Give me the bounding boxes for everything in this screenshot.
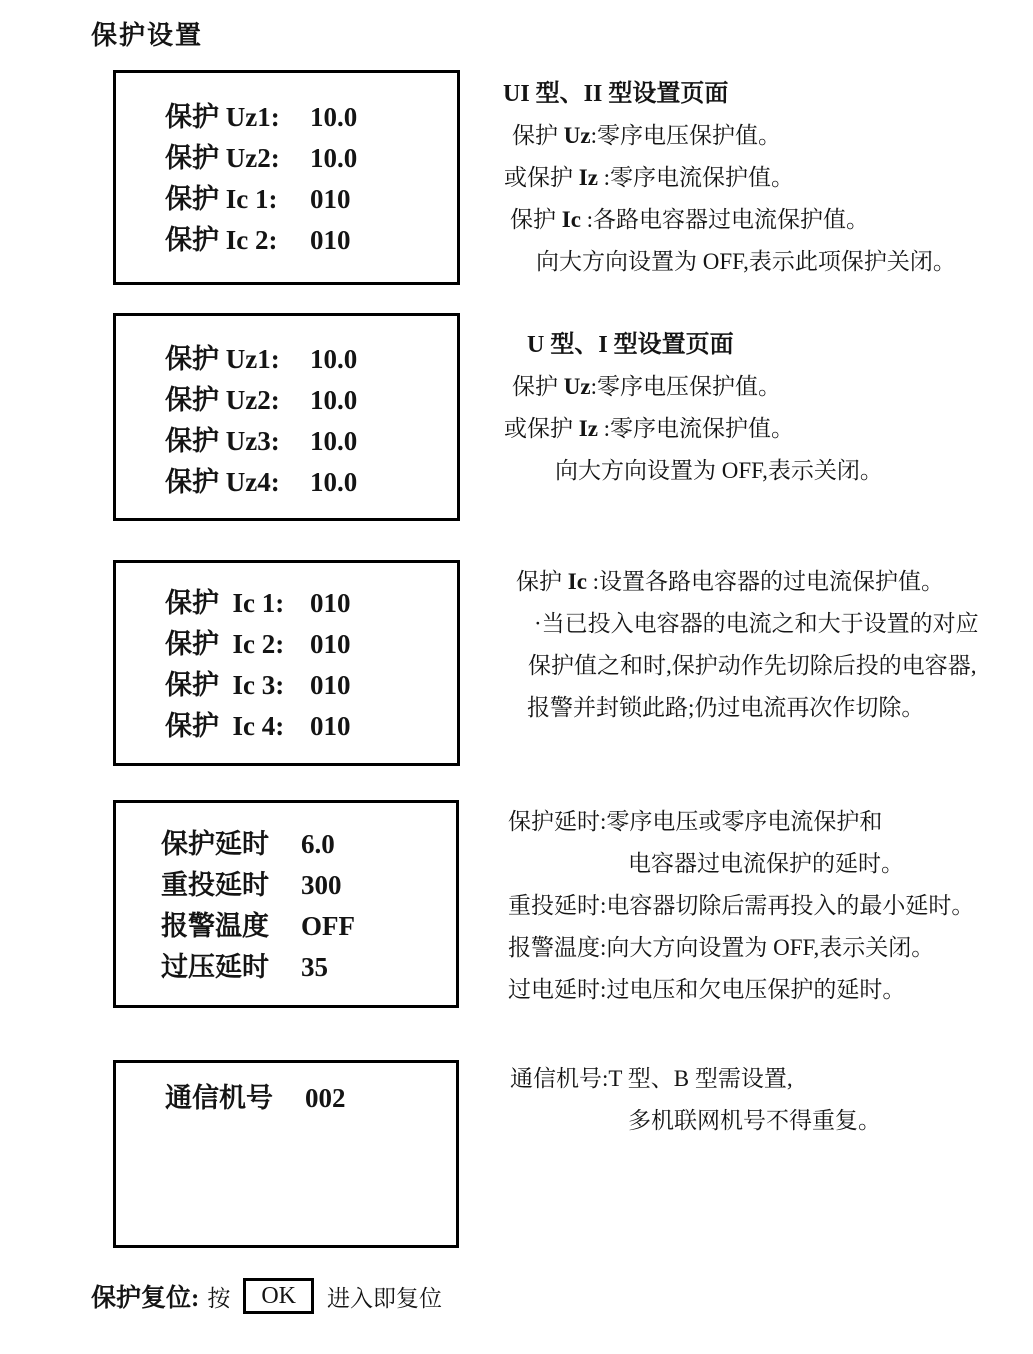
screen-row-label: 保护 Ic 1: bbox=[165, 179, 310, 220]
screen-row: 保护 Uz3:10.0 bbox=[165, 421, 457, 462]
notes-line: 报警温度:向大方向设置为 OFF,表示关闭。 bbox=[498, 927, 974, 969]
text-segment: 多机联网机号不得重复。 bbox=[628, 1108, 881, 1133]
text-segment: 重投延时:电容器切除后需再投入的最小延时。 bbox=[508, 893, 974, 918]
text-segment: Iz bbox=[579, 416, 598, 441]
screen-row-value: 10.0 bbox=[310, 385, 357, 415]
screen-row-label: 保护 Uz2: bbox=[165, 138, 310, 179]
notes-line: 重投延时:电容器切除后需再投入的最小延时。 bbox=[498, 885, 974, 927]
screen-row: 报警温度OFF bbox=[161, 906, 456, 947]
text-segment: Uz bbox=[564, 374, 591, 399]
screen-row-label: 保护 Uz4: bbox=[165, 462, 310, 503]
notes-line: 或保护 Iz :零序电流保护值。 bbox=[498, 408, 883, 450]
notes-line: 报警并封锁此路;仍过电流再次作切除。 bbox=[498, 687, 979, 729]
notes-line: ·当已投入电容器的电流之和大于设置的对应 bbox=[498, 603, 979, 645]
notes-line: 保护 Ic :各路电容器过电流保护值。 bbox=[498, 199, 956, 241]
screen-row-label: 保护 Ic 4: bbox=[165, 706, 310, 747]
notes-line: 向大方向设置为 OFF,表示关闭。 bbox=[498, 450, 883, 492]
notes-line: 保护 Uz:零序电压保护值。 bbox=[498, 366, 883, 408]
screen-row-value: 10.0 bbox=[310, 467, 357, 497]
text-segment: 报警并封锁此路;仍过电流再次作切除。 bbox=[527, 695, 924, 720]
notes-comm-id: 通信机号:T 型、B 型需设置,多机联网机号不得重复。 bbox=[498, 1058, 881, 1142]
text-segment: Uz bbox=[564, 123, 591, 148]
notes-ui-ii: UI 型、II 型设置页面保护 Uz:零序电压保护值。或保护 Iz :零序电流保… bbox=[498, 73, 956, 283]
text-segment: 保护值之和时,保护动作先切除后投的电容器, bbox=[528, 653, 977, 678]
screen-row-value: OFF bbox=[301, 911, 355, 941]
notes-u-i: U 型、I 型设置页面保护 Uz:零序电压保护值。或保护 Iz :零序电流保护值… bbox=[498, 324, 883, 492]
notes-line: 向大方向设置为 OFF,表示此项保护关闭。 bbox=[498, 241, 956, 283]
screen-row: 保护 Ic 1:010 bbox=[165, 179, 457, 220]
text-segment: 报警温度:向大方向设置为 OFF,表示关闭。 bbox=[508, 935, 934, 960]
text-segment: Iz bbox=[579, 165, 598, 190]
protection-reset-label: 保护复位: bbox=[91, 1278, 199, 1314]
press-text: 按 bbox=[207, 1280, 230, 1313]
screen-row: 保护 Uz4:10.0 bbox=[165, 462, 457, 503]
screen-row-value: 010 bbox=[310, 184, 351, 214]
text-segment: :零序电压保护值。 bbox=[591, 123, 781, 148]
text-segment: :零序电流保护值。 bbox=[598, 165, 794, 190]
screen-row: 保护 Uz2:10.0 bbox=[165, 380, 457, 421]
text-segment: UI 型、II 型设置页面 bbox=[503, 81, 728, 107]
screen-row-value: 010 bbox=[310, 225, 351, 255]
notes-line: 过电延时:过电压和欠电压保护的延时。 bbox=[498, 969, 974, 1011]
lcd-screen-comm-id: 通信机号002 bbox=[113, 1060, 459, 1248]
text-segment: :零序电压保护值。 bbox=[591, 374, 781, 399]
text-segment: 保护 bbox=[512, 374, 564, 399]
text-segment: 保护 bbox=[516, 569, 568, 594]
notes-line: 保护 Ic :设置各路电容器的过电流保护值。 bbox=[498, 561, 979, 603]
notes-heading: UI 型、II 型设置页面 bbox=[498, 73, 956, 115]
text-segment: 或保护 bbox=[504, 416, 579, 441]
lcd-screen-delays: 保护延时6.0重投延时300报警温度OFF过压延时35 bbox=[113, 800, 459, 1008]
notes-line: 保护延时:零序电压或零序电流保护和 bbox=[498, 801, 974, 843]
screen-row-label: 报警温度 bbox=[161, 906, 301, 947]
screen-row-label: 保护 Ic 2: bbox=[165, 220, 310, 261]
screen-row: 保护 Uz1:10.0 bbox=[165, 97, 457, 138]
screen-row-value: 010 bbox=[310, 711, 351, 741]
screen-row-value: 10.0 bbox=[310, 426, 357, 456]
screen-row-value: 35 bbox=[301, 952, 328, 982]
notes-line: 通信机号:T 型、B 型需设置, bbox=[498, 1058, 881, 1100]
screen-row: 通信机号002 bbox=[165, 1078, 456, 1119]
text-segment: 或保护 bbox=[504, 165, 579, 190]
screen-row-label: 通信机号 bbox=[165, 1078, 305, 1119]
text-segment: ·当已投入电容器的电流之和大于设置的对应 bbox=[534, 611, 979, 636]
screen-row-label: 过压延时 bbox=[161, 947, 301, 988]
screen-row-label: 保护 Uz1: bbox=[165, 97, 310, 138]
page-title: 保护设置 bbox=[91, 15, 203, 52]
screen-row-label: 保护 Uz2: bbox=[165, 380, 310, 421]
screen-row-value: 10.0 bbox=[310, 344, 357, 374]
text-segment: Ic bbox=[568, 569, 587, 594]
screen-row-value: 10.0 bbox=[310, 143, 357, 173]
notes-line: 多机联网机号不得重复。 bbox=[498, 1100, 881, 1142]
text-segment: 电容器过电流保护的延时。 bbox=[628, 851, 904, 876]
screen-row-label: 保护 Uz1: bbox=[165, 339, 310, 380]
ok-key-box: OK bbox=[243, 1278, 314, 1314]
screen-row: 保护 Ic 4:010 bbox=[165, 706, 457, 747]
screen-row-label: 保护 Ic 3: bbox=[165, 665, 310, 706]
screen-row: 保护 Ic 3:010 bbox=[165, 665, 457, 706]
text-segment: Ic bbox=[562, 207, 581, 232]
notes-line: 或保护 Iz :零序电流保护值。 bbox=[498, 157, 956, 199]
screen-row-value: 6.0 bbox=[301, 829, 335, 859]
screen-row-label: 重投延时 bbox=[161, 865, 301, 906]
screen-row-value: 300 bbox=[301, 870, 342, 900]
notes-ic: 保护 Ic :设置各路电容器的过电流保护值。·当已投入电容器的电流之和大于设置的… bbox=[498, 561, 979, 729]
text-segment: U 型、I 型设置页面 bbox=[527, 332, 734, 358]
text-segment: 保护延时:零序电压或零序电流保护和 bbox=[508, 809, 882, 834]
lcd-screen-ui-ii: 保护 Uz1:10.0保护 Uz2:10.0保护 Ic 1:010保护 Ic 2… bbox=[113, 70, 460, 285]
notes-line: 保护 Uz:零序电压保护值。 bbox=[498, 115, 956, 157]
notes-line: 保护值之和时,保护动作先切除后投的电容器, bbox=[498, 645, 979, 687]
reset-suffix-text: 进入即复位 bbox=[327, 1280, 442, 1313]
screen-row: 过压延时35 bbox=[161, 947, 456, 988]
screen-row-label: 保护 Ic 1: bbox=[165, 583, 310, 624]
manual-page: 保护设置 保护 Uz1:10.0保护 Uz2:10.0保护 Ic 1:010保护… bbox=[0, 0, 1033, 1354]
screen-row-label: 保护 Ic 2: bbox=[165, 624, 310, 665]
screen-row-value: 010 bbox=[310, 588, 351, 618]
notes-line: 电容器过电流保护的延时。 bbox=[498, 843, 974, 885]
text-segment: 保护 bbox=[510, 207, 562, 232]
screen-row: 保护 Ic 2:010 bbox=[165, 624, 457, 665]
text-segment: 过电延时:过电压和欠电压保护的延时。 bbox=[508, 977, 905, 1002]
screen-row-value: 002 bbox=[305, 1083, 346, 1113]
text-segment: :零序电流保护值。 bbox=[598, 416, 794, 441]
screen-row-value: 010 bbox=[310, 670, 351, 700]
screen-row: 保护延时6.0 bbox=[161, 824, 456, 865]
lcd-screen-ic: 保护 Ic 1:010保护 Ic 2:010保护 Ic 3:010保护 Ic 4… bbox=[113, 560, 460, 766]
notes-heading: U 型、I 型设置页面 bbox=[498, 324, 883, 366]
screen-row: 保护 Ic 1:010 bbox=[165, 583, 457, 624]
protection-reset-row: 保护复位: 按 OK 进入即复位 bbox=[91, 1278, 442, 1314]
screen-row-value: 10.0 bbox=[310, 102, 357, 132]
screen-row: 重投延时300 bbox=[161, 865, 456, 906]
screen-row-label: 保护 Uz3: bbox=[165, 421, 310, 462]
screen-row: 保护 Ic 2:010 bbox=[165, 220, 457, 261]
text-segment: 保护 bbox=[512, 123, 564, 148]
screen-row-value: 010 bbox=[310, 629, 351, 659]
text-segment: 通信机号:T 型、B 型需设置, bbox=[510, 1066, 793, 1091]
notes-delays: 保护延时:零序电压或零序电流保护和电容器过电流保护的延时。重投延时:电容器切除后… bbox=[498, 801, 974, 1011]
text-segment: :设置各路电容器的过电流保护值。 bbox=[587, 569, 944, 594]
text-segment: 向大方向设置为 OFF,表示关闭。 bbox=[555, 458, 883, 483]
lcd-screen-u-i: 保护 Uz1:10.0保护 Uz2:10.0保护 Uz3:10.0保护 Uz4:… bbox=[113, 313, 460, 521]
text-segment: :各路电容器过电流保护值。 bbox=[581, 207, 869, 232]
text-segment: 向大方向设置为 OFF,表示此项保护关闭。 bbox=[536, 249, 956, 274]
screen-row-label: 保护延时 bbox=[161, 824, 301, 865]
screen-row: 保护 Uz1:10.0 bbox=[165, 339, 457, 380]
screen-row: 保护 Uz2:10.0 bbox=[165, 138, 457, 179]
